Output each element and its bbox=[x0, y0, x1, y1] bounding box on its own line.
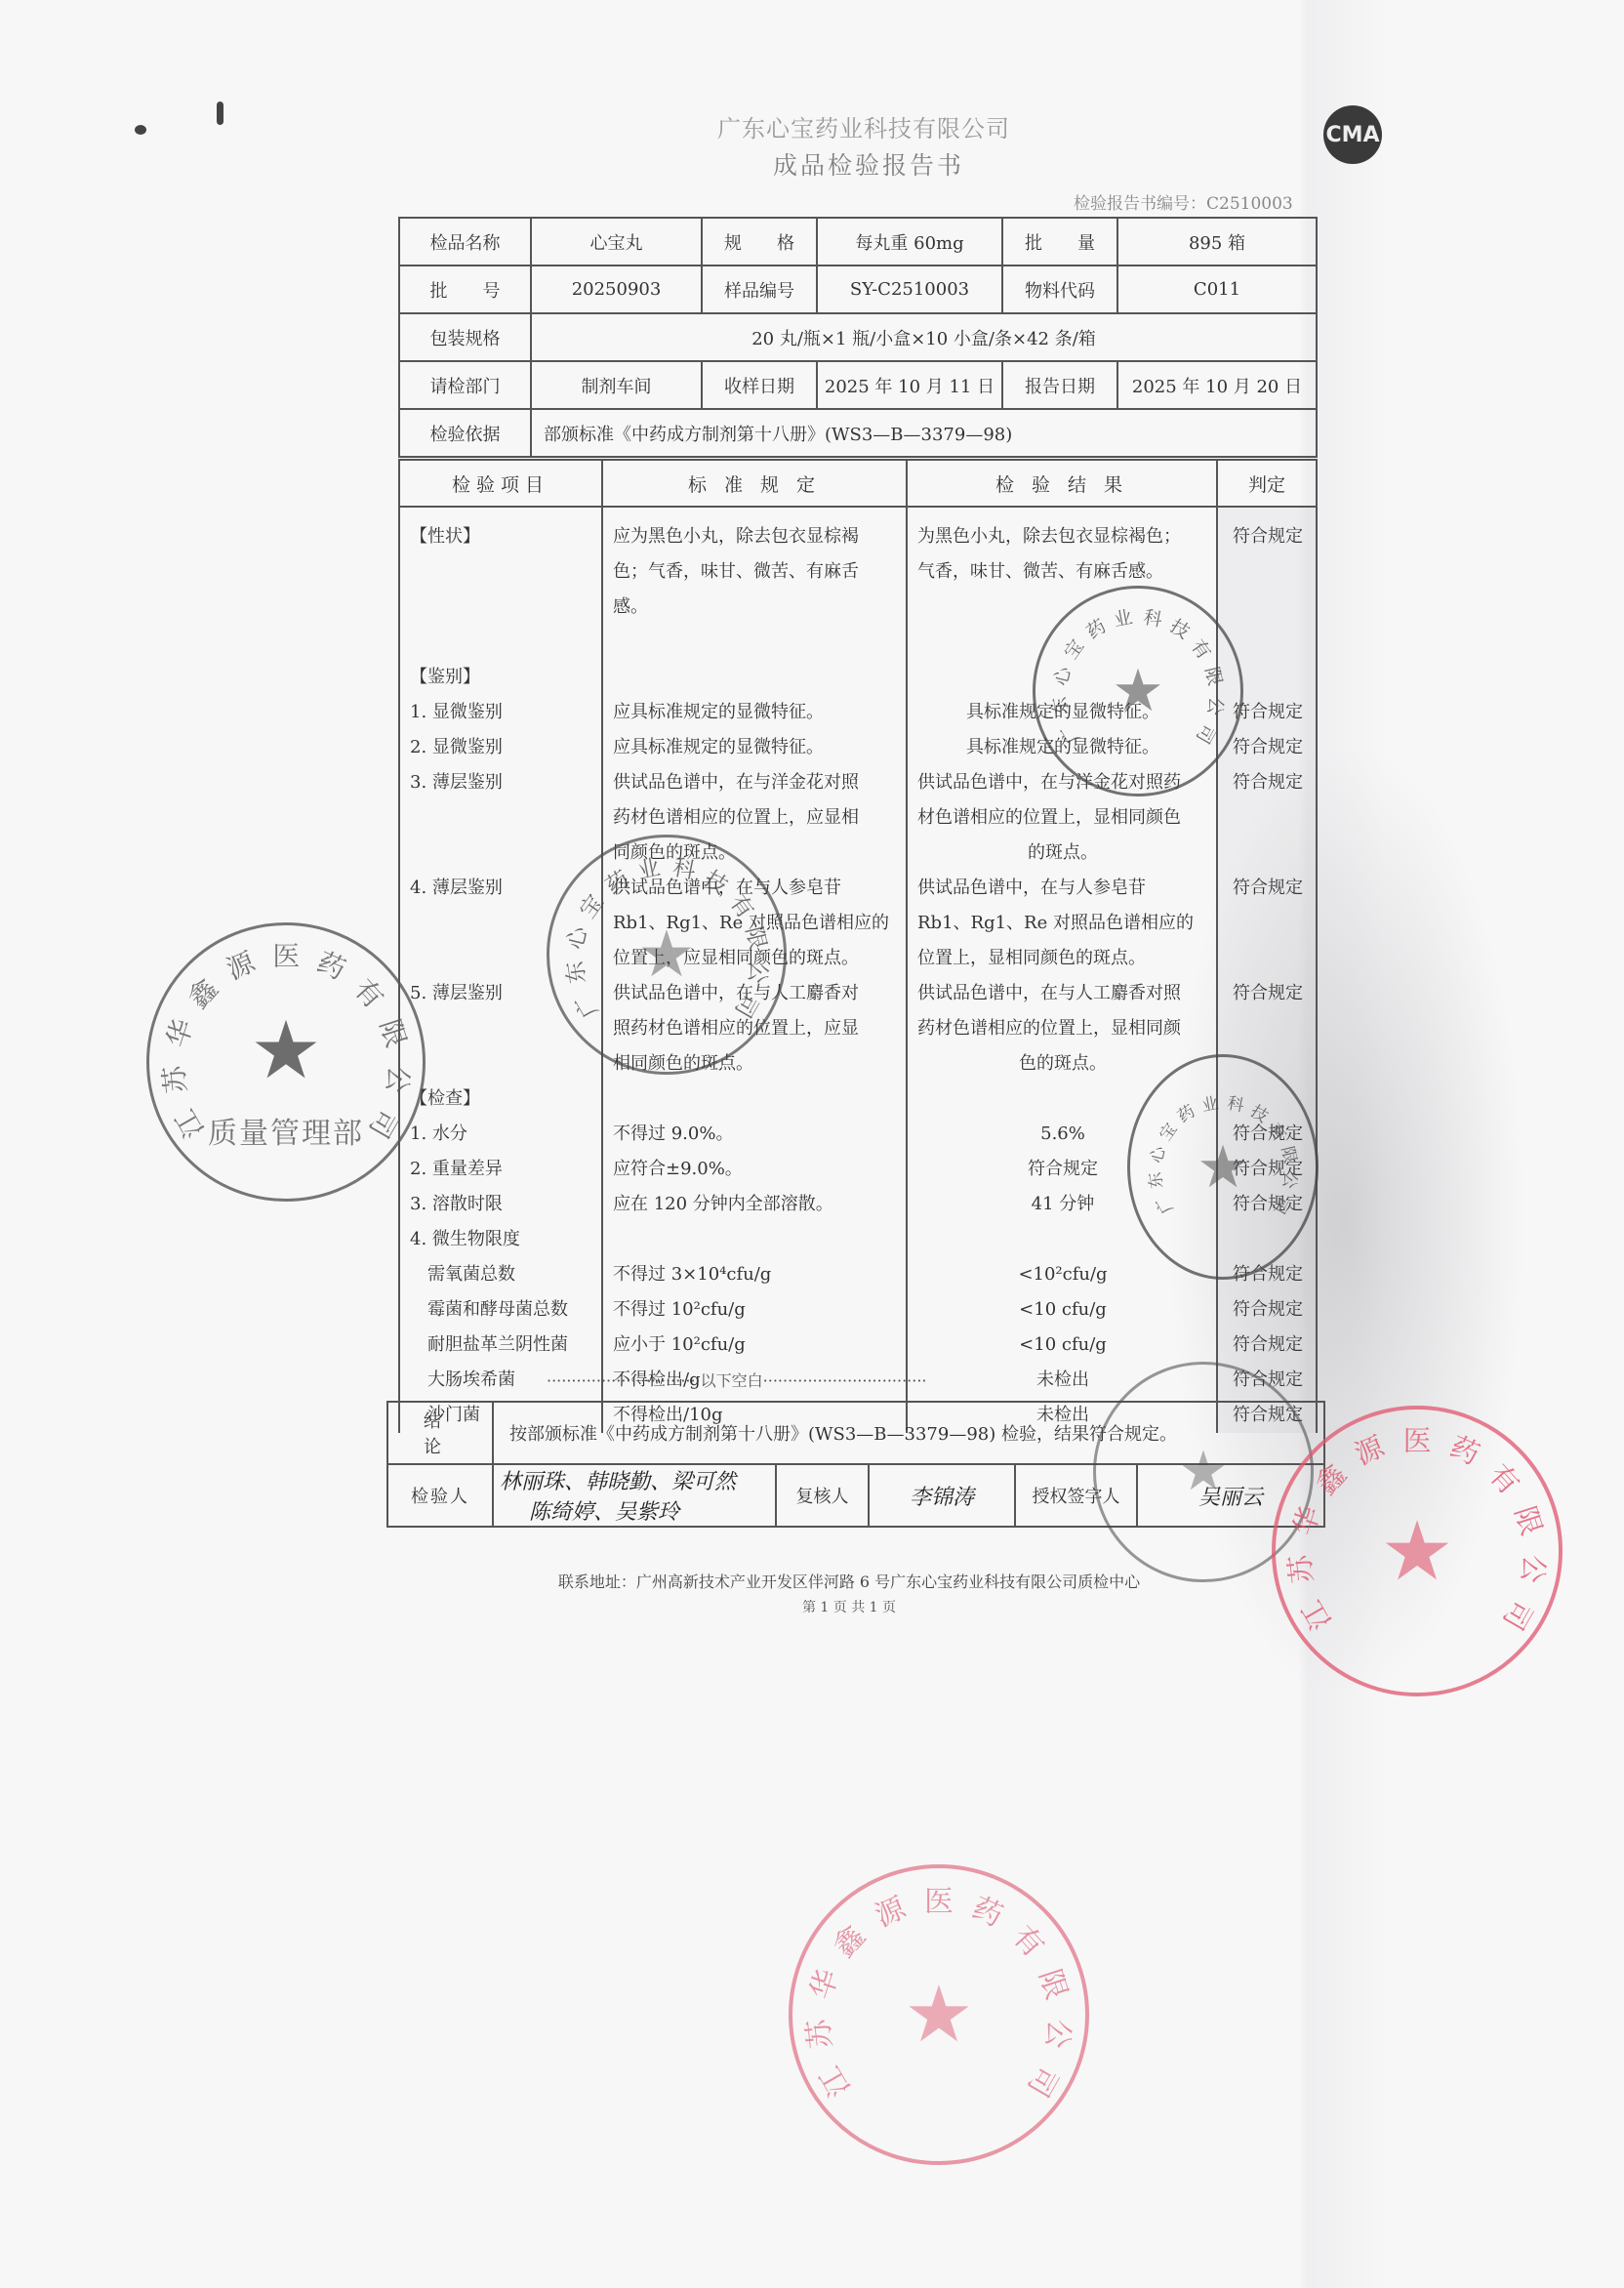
cell-line: 供试品色谱中，在与洋金花对照药 bbox=[917, 765, 1208, 800]
cell-line: 3. 薄层鉴别 bbox=[410, 765, 593, 800]
cell-line bbox=[1228, 836, 1308, 871]
conclusion-text: 按部颁标准《中药成方制剂第十八册》(WS3—B—3379—98) 检验，结果符合… bbox=[493, 1402, 1324, 1464]
reviewer-label: 复核人 bbox=[776, 1464, 869, 1527]
cell-line: 2. 显微鉴别 bbox=[410, 730, 593, 765]
cell-line: 具标准规定的显微特征。 bbox=[917, 695, 1208, 730]
cell-line bbox=[613, 625, 898, 660]
cell-line: 药材色谱相应的位置上，显相同颜 bbox=[917, 1011, 1208, 1046]
cell-line bbox=[410, 906, 593, 941]
report-date-label: 报告日期 bbox=[1002, 361, 1117, 409]
seal-star-icon: ★ bbox=[904, 1976, 974, 2054]
seal-char: 药 bbox=[311, 941, 352, 988]
cell-line: 不得过 3×10⁴cfu/g bbox=[613, 1257, 898, 1292]
header-standard: 标 准 规 定 bbox=[602, 460, 907, 507]
cell-line bbox=[1228, 906, 1308, 941]
basis-label: 检验依据 bbox=[399, 409, 531, 457]
cell-line bbox=[410, 590, 593, 625]
cell-line: 符合规定 bbox=[1228, 976, 1308, 1011]
inspector-signature-line: 陈绮婷、吴紫玲 bbox=[500, 1495, 769, 1526]
cell-line: Rb1、Rg1、Re 对照品色谱相应的 bbox=[917, 906, 1208, 941]
sample-date-label: 收样日期 bbox=[702, 361, 817, 409]
cell-line: 【检查】 bbox=[410, 1082, 593, 1117]
cell-line: 位置上，显相同颜色的斑点。 bbox=[917, 941, 1208, 976]
spec-value: 每丸重 60mg bbox=[817, 218, 1002, 266]
report-number-label: 检验报告书编号： bbox=[1074, 194, 1206, 214]
spec-label: 规 格 bbox=[702, 218, 817, 266]
seal-char: 医 bbox=[1403, 1419, 1432, 1459]
result-column: 为黑色小丸，除去包衣显棕褐色；气香，味甘、微苦、有麻舌感。具标准规定的显微特征。… bbox=[907, 507, 1217, 1433]
cell-line: 供试品色谱中，在与人工麝香对 bbox=[613, 976, 898, 1011]
seal-char: 限 bbox=[1031, 1963, 1080, 2004]
cell-line bbox=[613, 1222, 898, 1257]
cell-line bbox=[613, 1082, 898, 1117]
seal-char: 司 bbox=[1495, 1594, 1544, 1639]
report-number-value: C2510003 bbox=[1206, 194, 1293, 214]
material-code-label: 物料代码 bbox=[1002, 266, 1117, 313]
authorized-label: 授权签字人 bbox=[1015, 1464, 1137, 1527]
seal-char: 华 bbox=[797, 1963, 847, 2004]
cell-line: 色的斑点。 bbox=[917, 1046, 1208, 1082]
info-row: 批 号 20250903 样品编号 SY-C2510003 物料代码 C011 bbox=[399, 266, 1317, 313]
cell-line: 感。 bbox=[613, 590, 898, 625]
signature-row: 检验人 林丽珠、韩晓勤、梁可然 陈绮婷、吴紫玲 复核人 李锦涛 授权签字人 吴丽… bbox=[387, 1464, 1324, 1527]
cell-line: 应在 120 分钟内全部溶散。 bbox=[613, 1187, 898, 1222]
report-date: 2025 年 10 月 20 日 bbox=[1117, 361, 1317, 409]
blank-below-note: ·······························以下空白·····… bbox=[547, 1369, 1288, 1391]
info-row: 检验依据 部颁标准《中药成方制剂第十八册》(WS3—B—3379—98) bbox=[399, 409, 1317, 457]
cell-line: Rb1、Rg1、Re 对照品色谱相应的 bbox=[613, 906, 898, 941]
seal-char: 限 bbox=[1506, 1501, 1553, 1540]
cell-line: 供试品色谱中，在与洋金花对照 bbox=[613, 765, 898, 800]
cell-line: 符合规定 bbox=[1228, 695, 1308, 730]
cell-line: 2. 重量差异 bbox=[410, 1152, 593, 1187]
cell-line: 需氧菌总数 bbox=[410, 1257, 593, 1292]
packaging-value: 20 丸/瓶×1 瓶/小盒×10 小盒/条×42 条/箱 bbox=[531, 313, 1317, 361]
cell-line: <10 cfu/g bbox=[917, 1328, 1208, 1363]
report-number: 检验报告书编号：C2510003 bbox=[1074, 189, 1293, 214]
cell-line bbox=[1228, 625, 1308, 660]
inspector-label: 检验人 bbox=[387, 1464, 493, 1527]
cell-line: 符合规定 bbox=[1228, 871, 1308, 906]
seal-char: 江 bbox=[164, 1103, 212, 1146]
cell-line bbox=[917, 1082, 1208, 1117]
cell-line bbox=[410, 1011, 593, 1046]
cell-line: 符合规定 bbox=[1228, 1117, 1308, 1152]
basis-value: 部颁标准《中药成方制剂第十八册》(WS3—B—3379—98) bbox=[531, 409, 1317, 457]
batch-no-label: 批 号 bbox=[399, 266, 531, 313]
cell-line: 3. 溶散时限 bbox=[410, 1187, 593, 1222]
cell-line: 不得过 10²cfu/g bbox=[613, 1292, 898, 1328]
header-item: 检验项目 bbox=[399, 460, 602, 507]
seal-char: 药 bbox=[967, 1884, 1011, 1935]
batch-no: 20250903 bbox=[531, 266, 702, 313]
verdict-column: 符合规定符合规定符合规定符合规定符合规定符合规定符合规定符合规定符合规定符合规定… bbox=[1217, 507, 1317, 1433]
cell-line bbox=[1228, 941, 1308, 976]
cell-line: 应为黑色小丸，除去包衣显棕褐 bbox=[613, 519, 898, 554]
cell-line: 耐胆盐革兰阴性菌 bbox=[410, 1328, 593, 1363]
cell-line bbox=[917, 1222, 1208, 1257]
seal-char: 苏 bbox=[152, 1064, 194, 1095]
cell-line: 材色谱相应的位置上，显相同颜色 bbox=[917, 800, 1208, 836]
cma-badge-icon: CMA bbox=[1323, 105, 1382, 164]
inspection-items-table: 检验项目 标 准 规 定 检 验 结 果 判定 【性状】【鉴别】1. 显微鉴别2… bbox=[398, 459, 1318, 1433]
cell-line bbox=[917, 625, 1208, 660]
cell-line bbox=[410, 800, 593, 836]
seal-char: 药 bbox=[1444, 1425, 1486, 1473]
seal-char: 江 bbox=[806, 2060, 858, 2106]
cell-line: 符合规定 bbox=[1228, 1257, 1308, 1292]
cell-line bbox=[1228, 1046, 1308, 1082]
cell-line bbox=[1228, 590, 1308, 625]
cell-line bbox=[410, 836, 593, 871]
cell-line: <10 cfu/g bbox=[917, 1292, 1208, 1328]
seal-char: 苏 bbox=[1279, 1553, 1321, 1585]
cell-line: 41 分钟 bbox=[917, 1187, 1208, 1222]
cell-line bbox=[410, 625, 593, 660]
conclusion-signature-table: 结 论 按部颁标准《中药成方制剂第十八册》(WS3—B—3379—98) 检验，… bbox=[386, 1401, 1325, 1528]
cell-line bbox=[1228, 1082, 1308, 1117]
item-column: 【性状】【鉴别】1. 显微鉴别2. 显微鉴别3. 薄层鉴别4. 薄层鉴别5. 薄… bbox=[399, 507, 602, 1433]
cell-line: 符合规定 bbox=[1228, 1328, 1308, 1363]
cell-line: 【性状】 bbox=[410, 519, 593, 554]
cell-line: 药材色谱相应的位置上，应显相 bbox=[613, 800, 898, 836]
seal-char: 源 bbox=[220, 941, 261, 988]
inspector-signatures: 林丽珠、韩晓勤、梁可然 陈绮婷、吴紫玲 bbox=[493, 1464, 776, 1527]
info-row: 包装规格 20 丸/瓶×1 瓶/小盒×10 小盒/条×42 条/箱 bbox=[399, 313, 1317, 361]
seal-star-icon: ★ bbox=[1380, 1510, 1453, 1592]
seal-star-icon: ★ bbox=[250, 1011, 322, 1091]
cell-line: 气香，味甘、微苦、有麻舌感。 bbox=[917, 554, 1208, 590]
seal-char: 华 bbox=[156, 1014, 202, 1052]
authorized-signature: 吴丽云 bbox=[1137, 1464, 1324, 1527]
seal-char: 有 bbox=[1004, 1914, 1056, 1965]
dept-label: 请检部门 bbox=[399, 361, 531, 409]
conclusion-row: 结 论 按部颁标准《中药成方制剂第十八册》(WS3—B—3379—98) 检验，… bbox=[387, 1402, 1324, 1464]
quantity-value: 895 箱 bbox=[1117, 218, 1317, 266]
product-info-table: 检品名称 心宝丸 规 格 每丸重 60mg 批 量 895 箱 批 号 2025… bbox=[398, 217, 1318, 458]
cell-line: 为黑色小丸，除去包衣显棕褐色； bbox=[917, 519, 1208, 554]
cell-line: 相同颜色的斑点。 bbox=[613, 1046, 898, 1082]
cell-line: 应具标准规定的显微特征。 bbox=[613, 730, 898, 765]
quantity-label: 批 量 bbox=[1002, 218, 1117, 266]
cell-line: 4. 微生物限度 bbox=[410, 1222, 593, 1257]
cell-line: 具标准规定的显微特征。 bbox=[917, 730, 1208, 765]
seal-char: 公 bbox=[1038, 2018, 1084, 2051]
document-title: 成品检验报告书 bbox=[742, 146, 995, 182]
cell-line bbox=[410, 554, 593, 590]
seal-char: 司 bbox=[1020, 2060, 1072, 2106]
cell-line: 应具标准规定的显微特征。 bbox=[613, 695, 898, 730]
cell-line: 色；气香，味甘、微苦、有麻舌 bbox=[613, 554, 898, 590]
header-result: 检 验 结 果 bbox=[907, 460, 1217, 507]
cell-line bbox=[1228, 800, 1308, 836]
cell-line bbox=[1228, 1011, 1308, 1046]
packaging-label: 包装规格 bbox=[399, 313, 531, 361]
cell-line: 符合规定 bbox=[1228, 1292, 1308, 1328]
seal-char: 鑫 bbox=[822, 1914, 873, 1965]
header-verdict: 判定 bbox=[1217, 460, 1317, 507]
cell-line bbox=[917, 660, 1208, 695]
company-seal-jiangsu-red-bottom: ★ 江苏华鑫源医药有限公司 bbox=[789, 1864, 1089, 2165]
sample-no-label: 样品编号 bbox=[702, 266, 817, 313]
cell-line bbox=[1228, 660, 1308, 695]
cell-line: 符合规定 bbox=[917, 1152, 1208, 1187]
scan-speck bbox=[217, 102, 223, 125]
cell-line: 【鉴别】 bbox=[410, 660, 593, 695]
sample-no: SY-C2510003 bbox=[817, 266, 1002, 313]
standard-column: 应为黑色小丸，除去包衣显棕褐色；气香，味甘、微苦、有麻舌感。应具标准规定的显微特… bbox=[602, 507, 907, 1433]
seal-sub-label: 质量管理部 bbox=[149, 1109, 423, 1152]
scan-speck bbox=[135, 125, 146, 135]
contact-address: 联系地址：广州高新技术产业开发区伴河路 6 号广东心宝药业科技有限公司质检中心 bbox=[478, 1570, 1220, 1592]
cell-line: 位置上，应显相同颜色的斑点。 bbox=[613, 941, 898, 976]
info-row: 检品名称 心宝丸 规 格 每丸重 60mg 批 量 895 箱 bbox=[399, 218, 1317, 266]
items-body-row: 【性状】【鉴别】1. 显微鉴别2. 显微鉴别3. 薄层鉴别4. 薄层鉴别5. 薄… bbox=[399, 507, 1317, 1433]
cell-line bbox=[613, 660, 898, 695]
page-number: 第 1 页 共 1 页 bbox=[771, 1597, 927, 1616]
cell-line: 5. 薄层鉴别 bbox=[410, 976, 593, 1011]
cell-line: 同颜色的斑点。 bbox=[613, 836, 898, 871]
cell-line: 符合规定 bbox=[1228, 1187, 1308, 1222]
product-name: 心宝丸 bbox=[531, 218, 702, 266]
company-name: 广东心宝药业科技有限公司 bbox=[703, 109, 1025, 143]
seal-char: 有 bbox=[346, 969, 393, 1016]
items-header-row: 检验项目 标 准 规 定 检 验 结 果 判定 bbox=[399, 460, 1317, 507]
cell-line: 的斑点。 bbox=[917, 836, 1208, 871]
cell-line: 供试品色谱中，在与人工麝香对照 bbox=[917, 976, 1208, 1011]
dept-value: 制剂车间 bbox=[531, 361, 702, 409]
cell-line: 5.6% bbox=[917, 1117, 1208, 1152]
cell-line: 1. 显微鉴别 bbox=[410, 695, 593, 730]
info-row: 请检部门 制剂车间 收样日期 2025 年 10 月 11 日 报告日期 202… bbox=[399, 361, 1317, 409]
seal-char: 鑫 bbox=[179, 969, 225, 1016]
seal-char: 医 bbox=[272, 935, 300, 974]
cell-line bbox=[917, 590, 1208, 625]
cell-line: 符合规定 bbox=[1228, 519, 1308, 554]
cell-line: 霉菌和酵母菌总数 bbox=[410, 1292, 593, 1328]
conclusion-label: 结 论 bbox=[387, 1402, 493, 1464]
seal-char: 医 bbox=[924, 1877, 954, 1920]
seal-char: 公 bbox=[1514, 1553, 1557, 1585]
seal-char: 源 bbox=[1348, 1425, 1390, 1473]
seal-char: 有 bbox=[1481, 1454, 1529, 1502]
reviewer-signature: 李锦涛 bbox=[869, 1464, 1015, 1527]
sample-date: 2025 年 10 月 11 日 bbox=[817, 361, 1002, 409]
cell-line: 1. 水分 bbox=[410, 1117, 593, 1152]
cell-line: 符合规定 bbox=[1228, 730, 1308, 765]
cell-line bbox=[1228, 1222, 1308, 1257]
cell-line: 照药材色谱相应的位置上，应显 bbox=[613, 1011, 898, 1046]
cell-line: 应符合±9.0%。 bbox=[613, 1152, 898, 1187]
cell-line bbox=[1228, 554, 1308, 590]
cell-line: 4. 薄层鉴别 bbox=[410, 871, 593, 906]
seal-char: 源 bbox=[867, 1884, 911, 1935]
seal-char: 苏 bbox=[793, 2018, 839, 2051]
material-code: C011 bbox=[1117, 266, 1317, 313]
product-name-label: 检品名称 bbox=[399, 218, 531, 266]
cell-line: 符合规定 bbox=[1228, 765, 1308, 800]
cell-line: 不得过 9.0%。 bbox=[613, 1117, 898, 1152]
cell-line: 供试品色谱中，在与人参皂苷 bbox=[613, 871, 898, 906]
inspector-signature-line: 林丽珠、韩晓勤、梁可然 bbox=[500, 1465, 769, 1495]
seal-char: 江 bbox=[1290, 1594, 1339, 1639]
company-seal-jiangsu-gray: ★ 质量管理部 江苏华鑫源医药有限公司 bbox=[146, 922, 426, 1202]
cell-line: 供试品色谱中，在与人参皂苷 bbox=[917, 871, 1208, 906]
cell-line: 符合规定 bbox=[1228, 1152, 1308, 1187]
cell-line: <10²cfu/g bbox=[917, 1257, 1208, 1292]
cell-line bbox=[410, 941, 593, 976]
cell-line bbox=[410, 1046, 593, 1082]
cell-line: 应小于 10²cfu/g bbox=[613, 1328, 898, 1363]
